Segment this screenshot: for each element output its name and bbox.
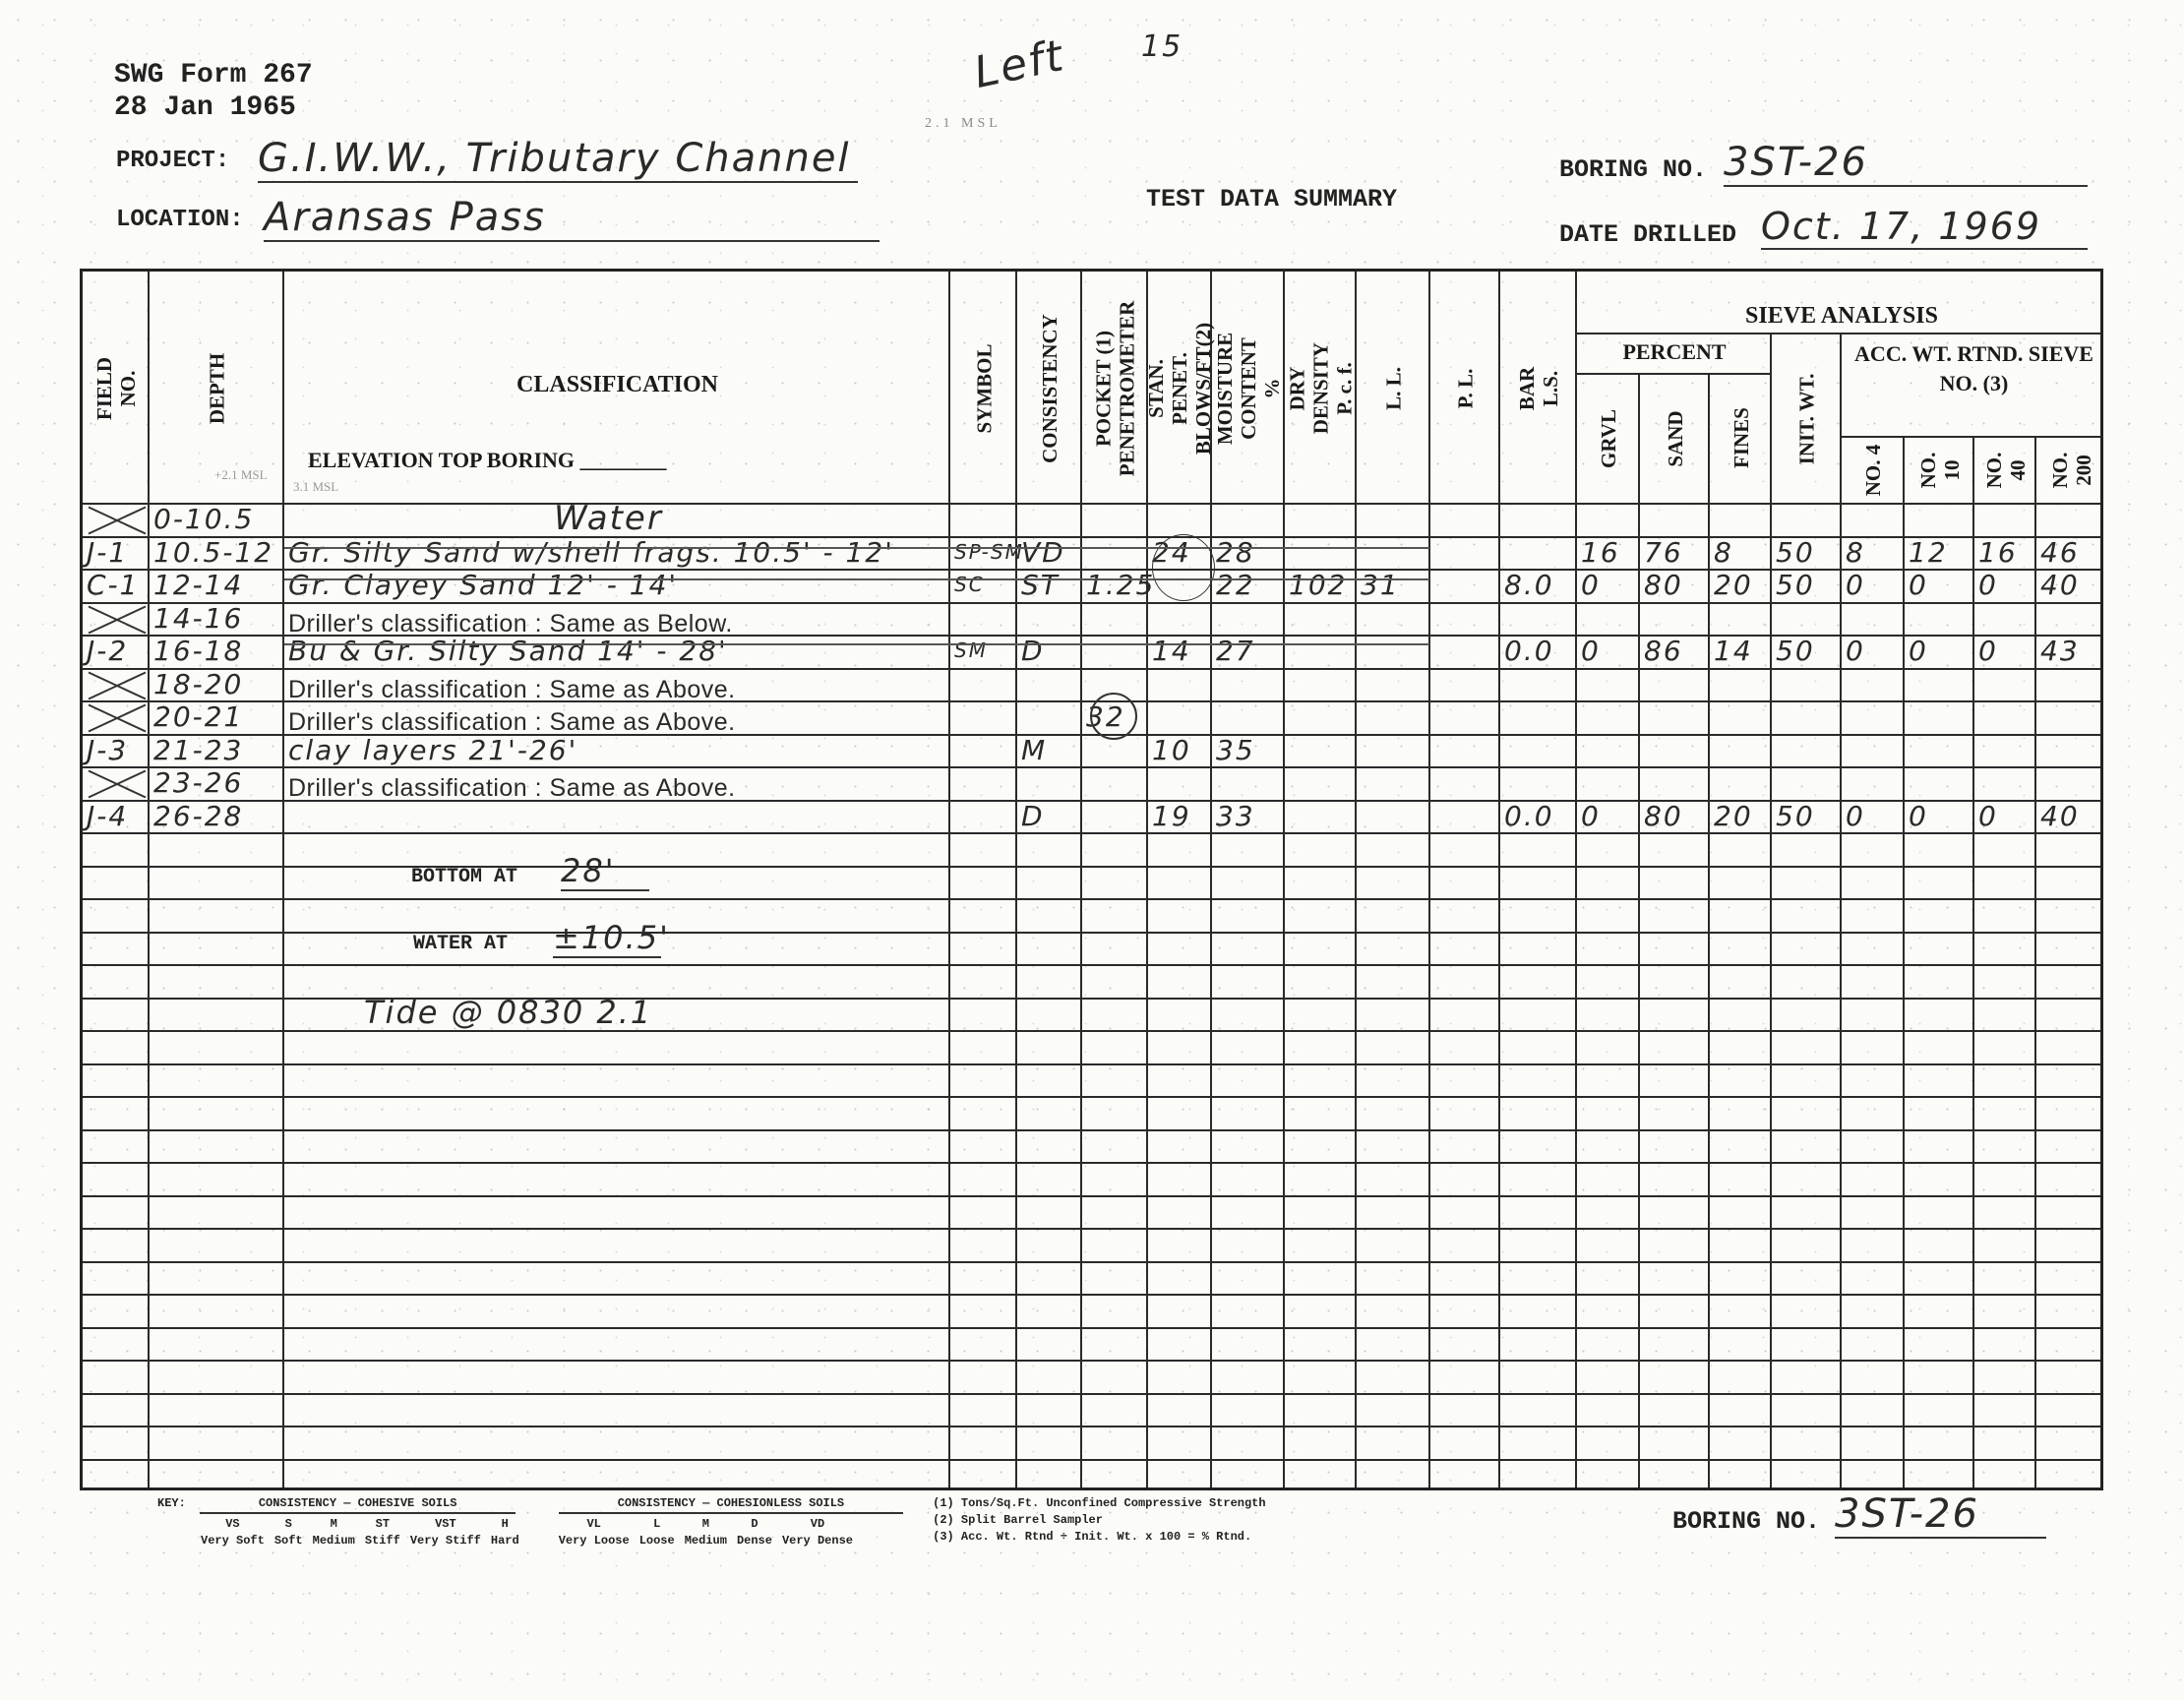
cell-no40[interactable]: 0 (1978, 800, 1998, 832)
header-no10: NO. 10 (1905, 436, 1974, 505)
project-label: PROJECT: (116, 148, 229, 174)
key-abbr: VS (201, 1516, 265, 1533)
strike-line (284, 578, 1429, 580)
key-name: Dense (737, 1533, 772, 1549)
cell-init[interactable]: 50 (1776, 635, 1815, 667)
header-no4: NO. 4 (1842, 436, 1905, 505)
column-divider (2034, 436, 2036, 1487)
cell-moisture[interactable]: 33 (1216, 800, 1255, 832)
key-abbr: L (639, 1516, 675, 1533)
cell-depth[interactable]: 12-14 (153, 569, 243, 601)
crossed-out-field-icon (86, 769, 145, 799)
cell-classification[interactable]: Gr. Silty Sand w/shell frags. 10.5' - 12… (288, 536, 894, 569)
cell-fines[interactable]: 8 (1714, 536, 1733, 569)
key-entry: MMedium (685, 1516, 727, 1549)
row-divider (83, 1426, 2100, 1427)
margin-note-page: 15 (1141, 30, 1183, 64)
cell-sand[interactable]: 80 (1644, 800, 1683, 832)
cell-depth[interactable]: 20-21 (153, 700, 243, 733)
header-sieve-analysis: SIEVE ANALYSIS (1577, 303, 2106, 330)
header-consistency: CONSISTENCY (1017, 272, 1082, 505)
row-divider (83, 1063, 2100, 1065)
row-divider (83, 1228, 2100, 1230)
footnote-1: (1) Tons/Sq.Ft. Unconfined Compressive S… (933, 1495, 1265, 1512)
cell-pocket[interactable]: 1.25 (1086, 569, 1155, 601)
cell-stan[interactable]: 19 (1152, 800, 1191, 832)
test-data-table: FIELD NO.DEPTHSYMBOLCONSISTENCYPOCKET (1… (80, 269, 2103, 1490)
header-no10-label: NO. 10 (1916, 441, 1964, 500)
project-field[interactable]: G.I.W.W., Tributary Channel (258, 136, 858, 183)
cell-consistency[interactable]: VD (1021, 536, 1065, 569)
row-divider (83, 898, 2100, 900)
cell-depth[interactable]: 21-23 (153, 734, 243, 766)
cell-moisture[interactable]: 28 (1216, 536, 1255, 569)
cell-ll[interactable]: 31 (1361, 569, 1400, 601)
column-divider (1638, 373, 1640, 1487)
header-no200-label: NO. 200 (2048, 441, 2095, 500)
key-abbr: S (274, 1516, 303, 1533)
header-symbol-label: SYMBOL (972, 343, 996, 433)
row-divider (83, 1261, 2100, 1263)
key-entry: MMedium (313, 1516, 355, 1549)
cell-no40[interactable]: 16 (1978, 536, 2018, 569)
row-divider (83, 832, 2100, 834)
key-abbr: M (313, 1516, 355, 1533)
cohesive-key-list: VSVery SoftSSoftMMediumSTStiffVSTVery St… (201, 1516, 529, 1549)
header-sand-label: SAND (1664, 409, 1687, 468)
cell-no200[interactable]: 43 (2040, 635, 2080, 667)
row-divider (83, 1294, 2100, 1296)
cell-no200[interactable]: 46 (2040, 536, 2080, 569)
column-divider (1708, 373, 1710, 1487)
cell-consistency[interactable]: ST (1021, 569, 1060, 601)
header-init-wt: INIT. WT. (1772, 333, 1842, 505)
header-field: FIELD NO. (83, 272, 150, 505)
cell-no4[interactable]: 0 (1846, 800, 1865, 832)
row-divider (83, 866, 2100, 868)
cell-bar[interactable]: 0.0 (1504, 635, 1554, 667)
header-consistency-label: CONSISTENCY (1038, 314, 1062, 463)
cell-no200[interactable]: 40 (2040, 569, 2080, 601)
cell-grvl[interactable]: 0 (1581, 569, 1601, 601)
footer-boring-no-label: BORING NO. (1672, 1507, 1820, 1536)
key-abbr: VST (410, 1516, 481, 1533)
row-divider (83, 1096, 2100, 1098)
header-bar-label: BAR L.S. (1515, 350, 1562, 427)
form-number: SWG Form 267 (114, 59, 313, 91)
strike-line (284, 643, 1429, 645)
cell-sand[interactable]: 80 (1644, 569, 1683, 601)
key-name: Stiff (365, 1533, 400, 1549)
header-elevation-top-boring: ELEVATION TOP BORING ________ (308, 448, 667, 473)
cell-grvl[interactable]: 0 (1581, 635, 1601, 667)
column-divider (1770, 333, 1772, 1487)
cell-sand[interactable]: 76 (1644, 536, 1683, 569)
header-depth-label: DEPTH (206, 321, 229, 455)
cell-no10[interactable]: 0 (1909, 569, 1928, 601)
cell-moisture[interactable]: 22 (1216, 569, 1255, 601)
margin-note-left: Left (970, 30, 1069, 98)
key-entry: LLoose (639, 1516, 675, 1549)
cell-symbol[interactable]: SM (954, 635, 988, 667)
header-fines: FINES (1710, 373, 1772, 505)
cell-depth[interactable]: 23-26 (153, 766, 243, 799)
footnote-2: (2) Split Barrel Sampler (933, 1512, 1265, 1529)
cell-field[interactable]: J-2 (87, 635, 128, 667)
cell-classification[interactable]: Driller's classification : Same as Above… (288, 772, 736, 805)
key-name: Very Loose (559, 1533, 630, 1549)
cell-symbol[interactable]: SP-SM (954, 536, 1024, 569)
row-divider (83, 964, 2100, 966)
crossed-out-field-icon (86, 506, 145, 535)
row-divider (83, 1459, 2100, 1461)
cell-sand[interactable]: 86 (1644, 635, 1683, 667)
row-divider (83, 1327, 2100, 1329)
header-classification: CLASSIFICATION (284, 372, 950, 398)
key-name: Soft (274, 1533, 303, 1549)
cell-no200[interactable]: 40 (2040, 800, 2080, 832)
header-no40-label: NO. 40 (1982, 441, 2030, 500)
row-divider (83, 602, 2100, 604)
crossed-out-field-icon (86, 671, 145, 700)
cell-dry[interactable]: 102 (1289, 569, 1347, 601)
cell-moisture[interactable]: 27 (1216, 635, 1255, 667)
cell-grvl[interactable]: 16 (1581, 536, 1620, 569)
header-ll: L. L. (1357, 272, 1430, 505)
cell-no4[interactable]: 0 (1846, 635, 1865, 667)
cell-no4[interactable]: 8 (1846, 536, 1865, 569)
cell-field[interactable]: J-3 (87, 734, 128, 766)
tide-note: Tide @ 0830 2.1 (364, 994, 652, 1031)
margin-note-msl: 2.1 MSL (925, 116, 1001, 132)
header-stan-label: STAN. PENET. BLOWS/FT(2) (1145, 322, 1216, 454)
key-entry: VLVery Loose (559, 1516, 630, 1549)
elevation-note-2: 3.1 MSL (293, 479, 338, 495)
boring-no-field[interactable]: 3ST-26 (1724, 140, 2088, 187)
key-entry: STStiff (365, 1516, 400, 1549)
cohesive-title: CONSISTENCY — COHESIVE SOILS (200, 1495, 516, 1514)
row-divider (83, 1129, 2100, 1131)
elevation-note-1: +2.1 MSL (214, 467, 268, 483)
footer-boring-no-field[interactable]: 3ST-26 (1835, 1491, 2046, 1539)
header-grvl-label: GRVL (1597, 409, 1620, 468)
key-entry: SSoft (274, 1516, 303, 1549)
cell-fines[interactable]: 20 (1714, 800, 1753, 832)
location-field[interactable]: Aransas Pass (264, 195, 880, 242)
header-pocket: POCKET (1) PENETROMETER (1082, 272, 1148, 505)
row-divider (83, 1162, 2100, 1164)
cell-no40[interactable]: 0 (1978, 635, 1998, 667)
key-abbr: VD (782, 1516, 853, 1533)
cell-init[interactable]: 50 (1776, 569, 1815, 601)
key-entry: HHard (491, 1516, 519, 1549)
cell-grvl[interactable]: 0 (1581, 800, 1601, 832)
column-divider (1840, 333, 1842, 1487)
circled-value-icon (1152, 534, 1215, 601)
row-divider (83, 1393, 2100, 1395)
circled-value-icon (1090, 693, 1137, 740)
cell-depth[interactable]: 18-20 (153, 668, 243, 700)
header-symbol: SYMBOL (950, 272, 1017, 505)
cell-fines[interactable]: 14 (1714, 635, 1753, 667)
header-moisture: MOISTURE CONTENT % (1212, 272, 1285, 505)
date-drilled-label: DATE DRILLED (1559, 220, 1736, 249)
crossed-out-field-icon (86, 605, 145, 635)
form-date: 28 Jan 1965 (114, 91, 313, 124)
header-acc-wt-rtnd: ACC. WT. RTND. SIEVE NO. (3) (1842, 339, 2106, 398)
header-pl-label: P. L. (1454, 353, 1478, 423)
cell-consistency[interactable]: D (1021, 800, 1045, 832)
footnote-3: (3) Acc. Wt. Rtnd ÷ Init. Wt. x 100 = % … (933, 1529, 1265, 1546)
cell-depth[interactable]: 10.5-12 (153, 536, 273, 569)
key-abbr: ST (365, 1516, 400, 1533)
cell-field[interactable]: J-1 (87, 536, 128, 569)
key-entry: DDense (737, 1516, 772, 1549)
cell-init[interactable]: 50 (1776, 536, 1815, 569)
row-divider (83, 932, 2100, 934)
header-pocket-label: POCKET (1) PENETROMETER (1092, 300, 1139, 476)
header-no200: NO. 200 (2036, 436, 2106, 505)
cell-consistency[interactable]: D (1021, 635, 1045, 667)
key-entry: VSVery Soft (201, 1516, 265, 1549)
cell-consistency[interactable]: M (1021, 734, 1047, 766)
key-name: Hard (491, 1533, 519, 1549)
bottom-at-label: BOTTOM AT (411, 866, 517, 888)
cell-no4[interactable]: 0 (1846, 569, 1865, 601)
cell-no40[interactable]: 0 (1978, 569, 1998, 601)
key-abbr: VL (559, 1516, 630, 1533)
row-divider (83, 668, 2100, 670)
header-sand: SAND (1640, 373, 1710, 505)
row-divider (83, 1360, 2100, 1362)
water-at-label: WATER AT (413, 933, 508, 955)
cell-depth[interactable]: 26-28 (153, 800, 243, 832)
cell-field[interactable]: J-4 (87, 800, 128, 832)
key-name: Very Soft (201, 1533, 265, 1549)
bottom-at-field[interactable]: 28' (561, 852, 649, 891)
strike-line (284, 547, 1429, 549)
boring-no-label: BORING NO. (1559, 155, 1707, 184)
header-grvl: GRVL (1577, 373, 1640, 505)
cell-no10[interactable]: 0 (1909, 800, 1928, 832)
cell-no10[interactable]: 12 (1909, 536, 1948, 569)
cell-symbol[interactable]: SC (954, 569, 985, 601)
header-percent: PERCENT (1577, 339, 1772, 365)
header-dry-label: DRY DENSITY P. c. f. (1286, 342, 1357, 434)
cell-depth[interactable]: 14-16 (153, 602, 243, 635)
row-divider (83, 1195, 2100, 1197)
cell-classification[interactable]: clay layers 21'-26' (288, 734, 577, 766)
cell-moisture[interactable]: 35 (1216, 734, 1255, 766)
key-entry: VSTVery Stiff (410, 1516, 481, 1549)
crossed-out-field-icon (86, 703, 145, 733)
cell-field[interactable]: C-1 (87, 569, 139, 601)
column-divider (1972, 436, 1974, 1487)
header-dry: DRY DENSITY P. c. f. (1285, 272, 1357, 505)
key-name: Medium (313, 1533, 355, 1549)
key-abbr: M (685, 1516, 727, 1533)
header-init-wt-label: INIT. WT. (1795, 373, 1819, 464)
key-label: KEY: (157, 1495, 186, 1514)
header-no40: NO. 40 (1974, 436, 2036, 505)
header-bar: BAR L.S. (1500, 272, 1577, 505)
cell-stan[interactable]: 14 (1152, 635, 1191, 667)
cell-depth[interactable]: 0-10.5 (153, 503, 254, 535)
page-title: TEST DATA SUMMARY (1146, 185, 1397, 213)
key-name: Very Dense (782, 1533, 853, 1549)
cohesionless-title: CONSISTENCY — COHESIONLESS SOILS (559, 1495, 903, 1514)
key-entry: VDVery Dense (782, 1516, 853, 1549)
consistency-key: KEY: CONSISTENCY — COHESIVE SOILS VSVery… (157, 1495, 1266, 1549)
cell-depth[interactable]: 16-18 (153, 635, 243, 667)
column-divider (1903, 436, 1905, 1487)
cell-fines[interactable]: 20 (1714, 569, 1753, 601)
cell-init[interactable]: 50 (1776, 800, 1815, 832)
cell-classification[interactable]: Driller's classification : Same as Above… (288, 674, 736, 706)
cell-bar[interactable]: 8.0 (1504, 569, 1554, 601)
key-name: Medium (685, 1533, 727, 1549)
row-divider (83, 766, 2100, 768)
header-pl: P. L. (1430, 272, 1500, 505)
header-no4-label: NO. 4 (1861, 441, 1885, 500)
header-ll-label: L. L. (1382, 351, 1406, 425)
cell-classification[interactable]: Bu & Gr. Silty Sand 14' - 28' (288, 635, 728, 667)
cohesionless-key-list: VLVery LooseLLooseMMediumDDenseVDVery De… (559, 1516, 903, 1549)
key-name: Very Stiff (410, 1533, 481, 1549)
cell-bar[interactable]: 0.0 (1504, 800, 1554, 832)
cell-no10[interactable]: 0 (1909, 635, 1928, 667)
header-fines-label: FINES (1729, 409, 1753, 468)
location-label: LOCATION: (116, 207, 244, 233)
key-name: Loose (639, 1533, 675, 1549)
header-field-label: FIELD NO. (92, 355, 140, 422)
key-abbr: H (491, 1516, 519, 1533)
cell-classification[interactable]: Water (554, 503, 663, 535)
date-drilled-field[interactable]: Oct. 17, 1969 (1761, 205, 2088, 250)
cell-classification[interactable]: Gr. Clayey Sand 12' - 14' (288, 569, 678, 601)
key-abbr: D (737, 1516, 772, 1533)
cell-stan[interactable]: 10 (1152, 734, 1191, 766)
water-at-field[interactable]: ±10.5' (553, 919, 661, 958)
form-identifier: SWG Form 267 28 Jan 1965 (114, 59, 313, 124)
header-moisture-label: MOISTURE CONTENT % (1213, 332, 1284, 444)
header-stan: STAN. PENET. BLOWS/FT(2) (1148, 272, 1212, 505)
